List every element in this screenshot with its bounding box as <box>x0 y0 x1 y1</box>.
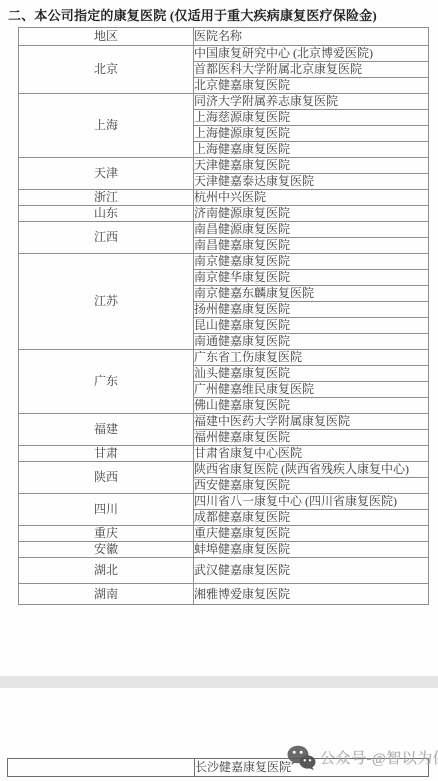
hospital-cell: 广州健嘉维民康复医院 <box>194 382 429 398</box>
hospital-cell: 南昌健嘉康复医院 <box>194 238 429 254</box>
table-row: 重庆重庆健嘉康复医院 <box>19 526 429 542</box>
table-row: 浙江杭州中兴医院 <box>19 190 429 206</box>
wechat-icon <box>286 744 316 771</box>
hospital-cell: 南京健嘉东麟康复医院 <box>194 286 429 302</box>
region-cell: 江西 <box>19 222 194 254</box>
hospital-cell: 济南健源康复医院 <box>194 206 429 222</box>
region-column-header: 地区 <box>19 28 194 46</box>
hospital-cell: 上海健嘉康复医院 <box>194 142 429 158</box>
table-row: 甘肃甘肃省康复中心医院 <box>19 446 429 462</box>
region-cell: 四川 <box>19 494 194 526</box>
region-cell: 陕西 <box>19 462 194 494</box>
hospital-cell: 扬州健嘉康复医院 <box>194 302 429 318</box>
hospital-cell: 西安健嘉康复医院 <box>194 478 429 494</box>
hospital-cell: 南京健华康复医院 <box>194 270 429 286</box>
table-row: 广东广东省工伤康复医院 <box>19 350 429 366</box>
watermark-text: 公众号-@智以为保 <box>320 747 438 768</box>
hospital-cell: 中国康复研究中心 (北京博爱医院) <box>194 46 429 62</box>
table-row: 北京中国康复研究中心 (北京博爱医院) <box>19 46 429 62</box>
region-cell: 安徽 <box>19 542 194 558</box>
region-cell: 北京 <box>19 46 194 94</box>
hospital-cell: 北京健嘉康复医院 <box>194 78 429 94</box>
region-cell: 广东 <box>19 350 194 414</box>
table-row: 湖南湘雅博爱康复医院 <box>19 584 429 605</box>
hospital-cell: 重庆健嘉康复医院 <box>194 526 429 542</box>
section-title: 二、本公司指定的康复医院 (仅适用于重大疾病康复医疗保险金) <box>8 5 377 24</box>
region-cell: 江苏 <box>19 254 194 350</box>
hospital-cell: 首都医科大学附属北京康复医院 <box>194 62 429 78</box>
region-cell: 湖北 <box>19 558 194 584</box>
hospital-cell: 上海健源康复医院 <box>194 126 429 142</box>
hospital-cell: 四川省八一康复中心 (四川省康复医院) <box>194 494 429 510</box>
table-row: 福建福建中医药大学附属康复医院 <box>19 414 429 430</box>
table-row: 四川四川省八一康复中心 (四川省康复医院) <box>19 494 429 510</box>
hospital-cell: 陕西省康复医院 (陕西省残疾人康复中心) <box>194 462 429 478</box>
hospital-cell: 成都健嘉康复医院 <box>194 510 429 526</box>
table-row: 安徽蚌埠健嘉康复医院 <box>19 542 429 558</box>
hospital-cell: 天津健嘉泰达康复医院 <box>194 174 429 190</box>
hospital-cell: 上海慈源康复医院 <box>194 110 429 126</box>
hospital-column-header: 医院名称 <box>194 28 429 46</box>
table-row: 上海同济大学附属养志康复医院 <box>19 94 429 110</box>
hospital-cell: 杭州中兴医院 <box>194 190 429 206</box>
region-cell: 天津 <box>19 158 194 190</box>
table-row: 江西南昌健源康复医院 <box>19 222 429 238</box>
region-cell: 福建 <box>19 414 194 446</box>
table-row: 山东济南健源康复医院 <box>19 206 429 222</box>
watermark: 公众号-@智以为保 <box>286 744 438 771</box>
hospital-cell: 武汉健嘉康复医院 <box>194 558 429 584</box>
table-row: 湖北武汉健嘉康复医院 <box>19 558 429 584</box>
table-row: 天津天津健嘉康复医院 <box>19 158 429 174</box>
hospital-cell: 南通健嘉康复医院 <box>194 334 429 350</box>
hospital-cell: 佛山健嘉康复医院 <box>194 398 429 414</box>
hospital-cell: 湘雅博爱康复医院 <box>194 584 429 605</box>
region-cell: 浙江 <box>19 190 194 206</box>
hospital-cell: 福建中医药大学附属康复医院 <box>194 414 429 430</box>
table-row: 江苏南京健嘉康复医院 <box>19 254 429 270</box>
page-break-band <box>0 676 438 688</box>
region-cell <box>8 759 195 777</box>
region-cell: 重庆 <box>19 526 194 542</box>
hospital-cell: 南昌健源康复医院 <box>194 222 429 238</box>
hospital-cell: 蚌埠健嘉康复医院 <box>194 542 429 558</box>
table-header-row: 地区 医院名称 <box>19 28 429 46</box>
hospital-cell: 甘肃省康复中心医院 <box>194 446 429 462</box>
hospital-cell: 福州健嘉康复医院 <box>194 430 429 446</box>
table-row: 陕西陕西省康复医院 (陕西省残疾人康复中心) <box>19 462 429 478</box>
hospital-cell: 汕头健嘉康复医院 <box>194 366 429 382</box>
hospital-table: 地区 医院名称 北京中国康复研究中心 (北京博爱医院)首都医科大学附属北京康复医… <box>18 27 429 605</box>
region-cell: 山东 <box>19 206 194 222</box>
region-cell: 甘肃 <box>19 446 194 462</box>
region-cell: 湖南 <box>19 584 194 605</box>
hospital-cell: 广东省工伤康复医院 <box>194 350 429 366</box>
hospital-cell: 天津健嘉康复医院 <box>194 158 429 174</box>
region-cell: 上海 <box>19 94 194 158</box>
hospital-cell: 昆山健嘉康复医院 <box>194 318 429 334</box>
hospital-cell: 南京健嘉康复医院 <box>194 254 429 270</box>
hospital-cell: 同济大学附属养志康复医院 <box>194 94 429 110</box>
